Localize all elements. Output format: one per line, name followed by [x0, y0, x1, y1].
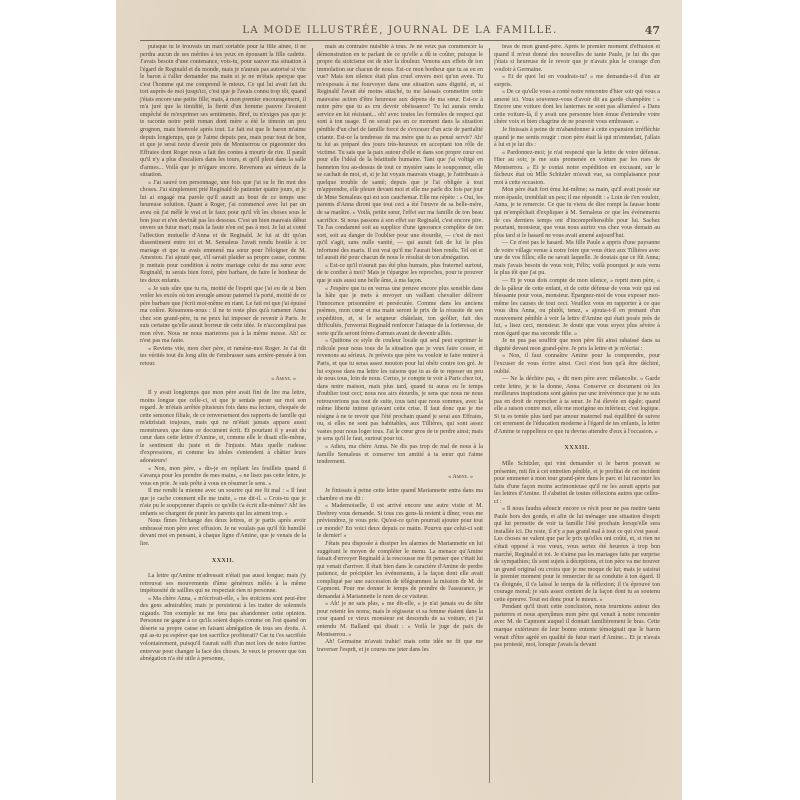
paragraph: mais au contraire nuisible à tous. Je ne… [317, 44, 483, 263]
paragraph: Ah! Germaine m'avait trahie! mais cette … [317, 639, 483, 654]
paragraph: « Quittons ce style de couleur locale qu… [317, 338, 483, 444]
paragraph: « J'ai sauvé ton personnage, une fois qu… [140, 180, 306, 286]
column-3: bras de mon grand-père. Après le premier… [494, 44, 660, 786]
paragraph: puisque tu le trouvais un mari sortable … [140, 44, 306, 180]
paragraph: « Non, mon père, » dis-je en repliant le… [140, 466, 306, 489]
letter-signature: « Amine. » [317, 474, 473, 482]
paragraph: — Et je vous dois compte de mon silence,… [494, 278, 660, 338]
magazine-page: LA MODE ILLUSTRÉE, JOURNAL DE LA FAMILLE… [116, 0, 682, 800]
text-columns: puisque tu le trouvais un mari sortable … [140, 44, 660, 784]
paragraph: Je finissais à peine cette lettre quand … [317, 488, 483, 503]
paragraph: bras de mon grand-père. Après le premier… [494, 44, 660, 74]
letter-signature: « Amine. » [140, 376, 296, 384]
header-rule [140, 40, 660, 41]
page-number: 47 [645, 24, 660, 37]
paragraph: « Est-ce qu'il n'aurait pas été plus hum… [317, 263, 483, 286]
paragraph: « Mademoiselle, il est arrivé encore une… [317, 503, 483, 541]
paragraph: « Non, il faut connaître Amine pour la c… [494, 353, 660, 376]
paragraph: « Et de quoi lui en voudrais-tu? » me de… [494, 74, 660, 89]
paragraph: Il me rendit la mienne avec un sourire q… [140, 488, 306, 518]
paragraph: « Pardonnez-moi; je n'ai respecté que la… [494, 150, 660, 188]
paragraph: « Adieu, ma chère Anna. Ne dis pas trop … [317, 444, 483, 467]
paragraph: Mlle Schitzler, qui vint demander si le … [494, 461, 660, 506]
paragraph: « J'espère que tu en verras une preuve e… [317, 286, 483, 339]
paragraph: « Reviens vite, mon cher père, et ramène… [140, 346, 306, 369]
paragraph: — Ce n'est pas le hasard. Ma fille Paule… [494, 240, 660, 278]
paragraph: « Ma chère Anna, » m'écrivait-elle, « le… [140, 596, 306, 664]
column-1: puisque tu le trouvais un mari sortable … [140, 44, 306, 786]
paragraph: Mon père était fort ému lui-même; sa mai… [494, 187, 660, 240]
running-header: LA MODE ILLUSTRÉE, JOURNAL DE LA FAMILLE… [140, 22, 660, 40]
paragraph: La lettre qu'Amine m'adressait n'était p… [140, 573, 306, 596]
paragraph: « De ce qu'elle vous a conté notre renco… [494, 89, 660, 127]
paragraph: « Il nous faudra adoucir encore ce récit… [494, 506, 660, 604]
chapter-heading: XXXIII. [494, 445, 660, 453]
paragraph: « Ah! je ne sais plus, » me dit-elle, « … [317, 601, 483, 639]
chapter-heading: XXXII. [140, 558, 306, 566]
column-2: mais au contraire nuisible à tous. Je ne… [317, 44, 483, 786]
paragraph: — Ne la déchire pas, » dit mon père avec… [494, 376, 660, 436]
paragraph: Je finissais à peine de m'abandonner à c… [494, 127, 660, 150]
journal-title: LA MODE ILLUSTRÉE, JOURNAL DE LA FAMILLE… [140, 25, 660, 36]
paragraph: Il y avait longtemps que mon père avait … [140, 390, 306, 465]
paragraph: Je ne pus pas souffrir que mon père fût … [494, 338, 660, 353]
paragraph: Pendant qu'il tirait cette conclusion, n… [494, 604, 660, 649]
paragraph: J'étais peu disposée à dissiper les alar… [317, 541, 483, 601]
paragraph: Nous fîmes l'échange des deux lettres, e… [140, 518, 306, 548]
paragraph: « Je suis sûre que tu ris, moitié de l'e… [140, 286, 306, 346]
